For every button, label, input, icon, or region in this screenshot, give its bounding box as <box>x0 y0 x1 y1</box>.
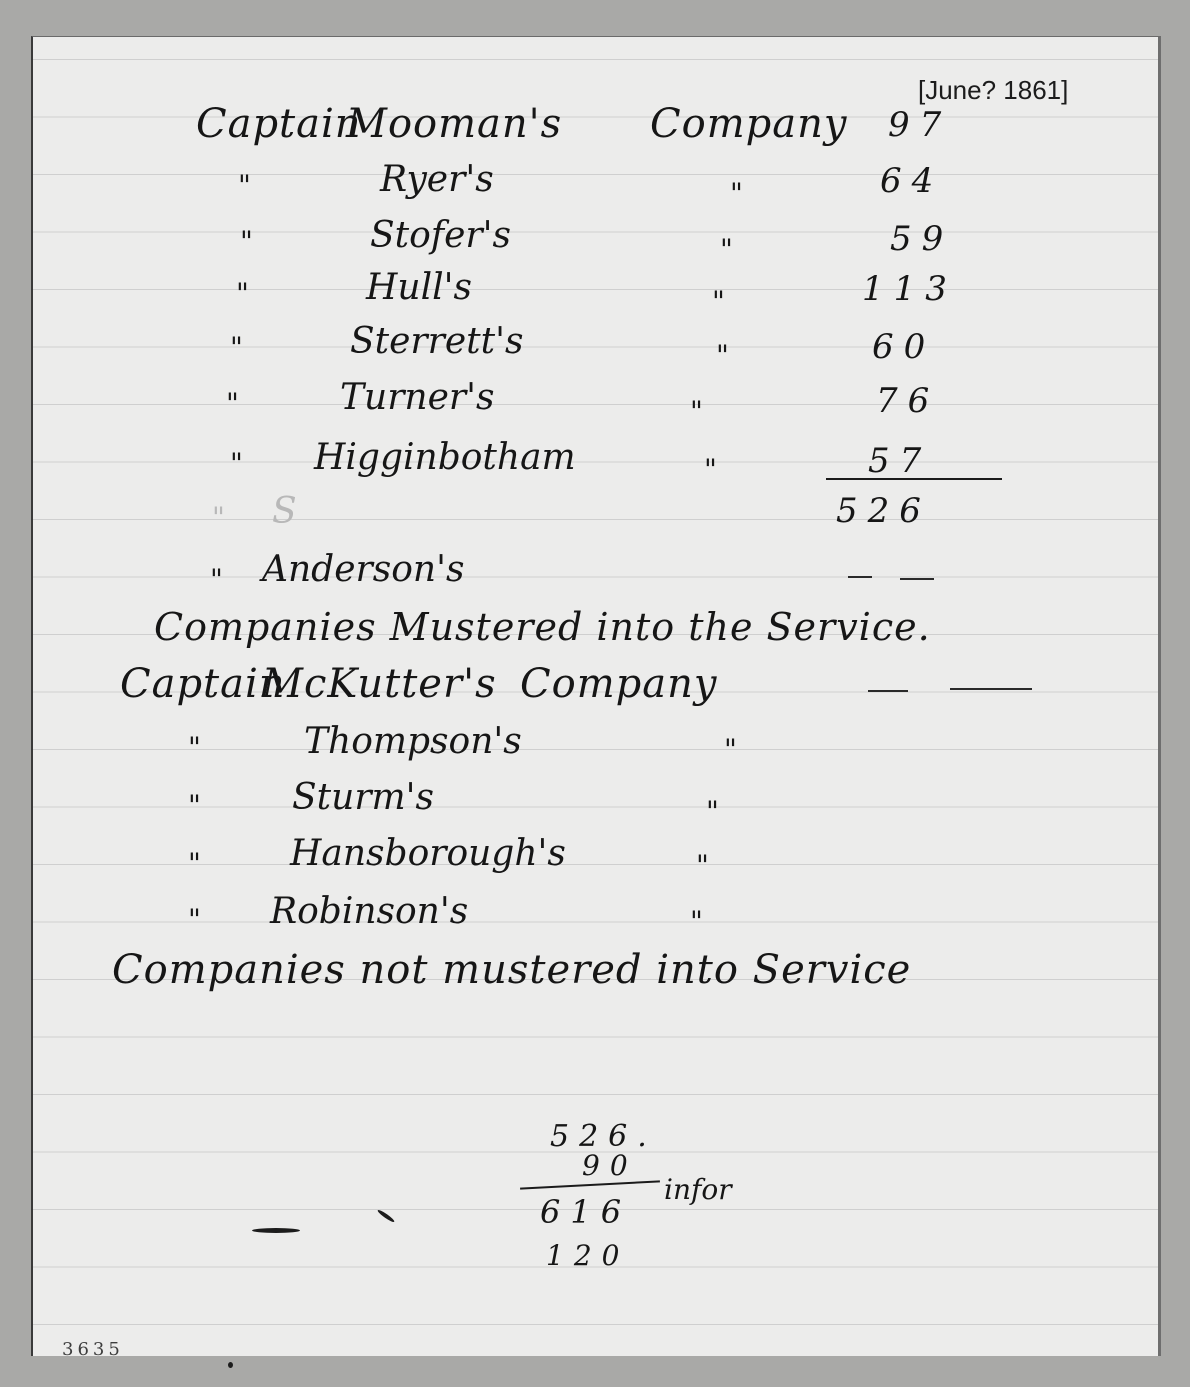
dash <box>848 576 872 578</box>
calc-note: infor <box>664 1176 732 1204</box>
company-name: Higginbotham <box>314 440 576 476</box>
company-name: Stofer's <box>370 218 511 254</box>
ink-smudge <box>252 1228 300 1233</box>
ditto-mark: " <box>240 228 253 256</box>
sum-underline <box>826 478 1002 480</box>
company-count: 97 <box>888 108 951 142</box>
ditto-mark: " <box>720 236 733 264</box>
dash <box>868 690 908 692</box>
company-count: 64 <box>880 164 943 198</box>
company-count: 113 <box>862 272 957 306</box>
ditto-mark: " <box>188 734 201 762</box>
section-caption: Companies Mustered into the Service. <box>154 608 931 646</box>
ink-spot <box>228 1362 233 1368</box>
company-name: Anderson's <box>262 552 464 588</box>
ditto-mark: " <box>704 456 717 484</box>
company-count: 76 <box>876 384 939 418</box>
row-prefix: Captain <box>196 104 362 144</box>
section-caption: Companies not mustered into Service <box>112 950 911 990</box>
ditto-mark: " <box>690 908 703 936</box>
company-count: 59 <box>890 222 953 256</box>
archive-number: 3635 <box>62 1339 124 1360</box>
ditto-mark: " <box>230 450 243 478</box>
ditto-mark: " <box>236 280 249 308</box>
company-name: Sturm's <box>292 780 434 816</box>
dash <box>950 688 1032 690</box>
ditto-mark: " <box>188 850 201 878</box>
ditto-mark: " <box>712 288 725 316</box>
company-name: Mooman's <box>346 104 562 144</box>
company-name: Hansborough's <box>290 836 566 872</box>
ditto-mark: " <box>230 334 243 362</box>
company-name: Sterrett's <box>350 324 523 360</box>
ditto-mark: " <box>188 906 201 934</box>
company-name: McKutter's <box>262 664 497 704</box>
ditto-mark: " <box>188 792 201 820</box>
company-name: Thompson's <box>304 724 522 760</box>
row-suffix: Company <box>650 104 847 144</box>
row-prefix: Captain <box>120 664 286 704</box>
company-name: Turner's <box>340 380 494 416</box>
ditto-mark: " <box>226 390 239 418</box>
ditto-mark: " <box>696 852 709 880</box>
ditto-mark: " <box>210 566 223 594</box>
company-name: Ryer's <box>380 162 494 198</box>
calc-line-4: 120 <box>546 1242 629 1270</box>
ditto-mark: " <box>238 172 251 200</box>
date-annotation: [June? 1861] <box>918 75 1068 106</box>
company-count: 60 <box>872 330 935 364</box>
ditto-mark: " <box>724 736 737 764</box>
company-name: Robinson's <box>270 894 468 930</box>
ditto-mark: " <box>212 504 225 532</box>
subtotal: 526 <box>836 494 931 528</box>
calc-line-2: 90 <box>582 1152 638 1180</box>
erased-entry: S <box>272 494 297 530</box>
dash <box>900 578 934 580</box>
company-name: Hull's <box>366 270 472 306</box>
ditto-mark: " <box>706 798 719 826</box>
row-suffix: Company <box>520 664 717 704</box>
company-count: 57 <box>868 444 931 478</box>
ditto-mark: " <box>690 398 703 426</box>
ditto-mark: " <box>716 342 729 370</box>
calc-total: 616 <box>540 1196 631 1228</box>
calc-line-1: 526. <box>550 1122 657 1152</box>
ditto-mark: " <box>730 180 743 208</box>
